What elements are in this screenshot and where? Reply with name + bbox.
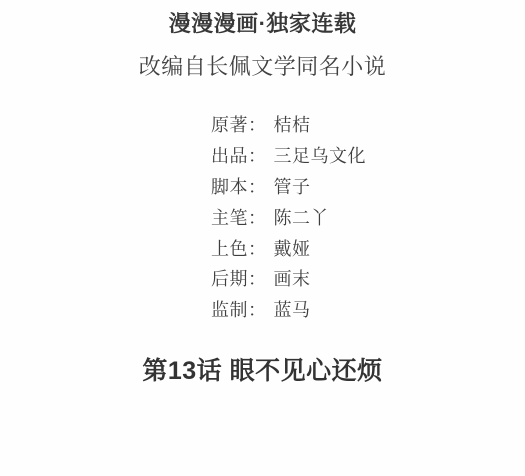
adaptation-subtitle: 改编自长佩文学同名小说 — [0, 50, 525, 81]
credit-row-author: 原著：桔桔 — [211, 109, 366, 140]
credit-row-supervisor: 监制：蓝马 — [211, 294, 366, 325]
credit-colon: ： — [248, 173, 267, 199]
credit-name: 戴娅 — [274, 235, 311, 261]
credit-role: 监制 — [211, 296, 248, 322]
credit-name: 蓝马 — [274, 296, 311, 322]
platform-title: 漫漫漫画·独家连载 — [0, 7, 525, 38]
credit-name: 管子 — [274, 173, 311, 199]
credit-name: 陈二丫 — [274, 204, 330, 230]
credit-name: 桔桔 — [274, 111, 311, 137]
credit-role: 后期 — [211, 265, 248, 291]
credit-row-lead-artist: 主笔：陈二丫 — [211, 201, 366, 232]
credit-role: 脚本 — [211, 173, 248, 199]
credit-role: 原著 — [211, 111, 248, 137]
credits-list: 原著：桔桔 出品：三足乌文化 脚本：管子 主笔：陈二丫 上色：戴娅 后期：画末 … — [211, 109, 366, 325]
credit-name: 画末 — [274, 265, 311, 291]
credit-colon: ： — [248, 142, 267, 168]
credit-row-colorist: 上色：戴娅 — [211, 232, 366, 263]
credit-role: 主笔 — [211, 204, 248, 230]
credit-colon: ： — [248, 111, 267, 137]
credit-row-producer: 出品：三足乌文化 — [211, 140, 366, 171]
credit-colon: ： — [248, 204, 267, 230]
comic-credits-page: 漫漫漫画·独家连载 改编自长佩文学同名小说 原著：桔桔 出品：三足乌文化 脚本：… — [0, 0, 525, 476]
credit-row-script: 脚本：管子 — [211, 171, 366, 202]
credit-colon: ： — [248, 265, 267, 291]
chapter-title: 第13话 眼不见心还烦 — [0, 351, 525, 387]
credit-name: 三足乌文化 — [274, 142, 367, 168]
credit-row-post-production: 后期：画末 — [211, 263, 366, 294]
credit-colon: ： — [248, 296, 267, 322]
credit-colon: ： — [248, 235, 267, 261]
credit-role: 出品 — [211, 142, 248, 168]
credit-role: 上色 — [211, 235, 248, 261]
